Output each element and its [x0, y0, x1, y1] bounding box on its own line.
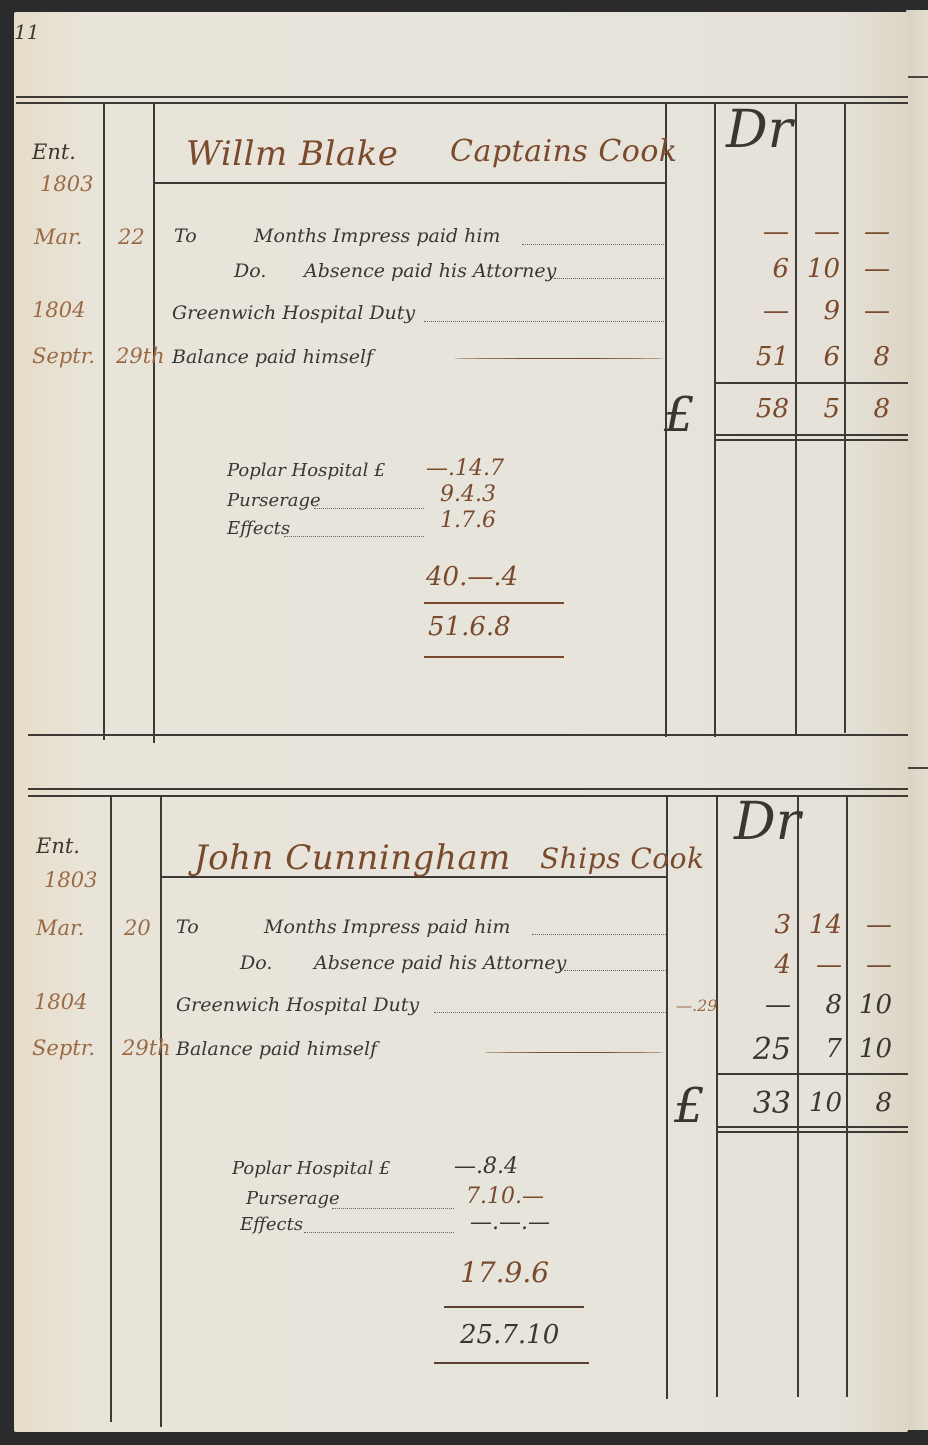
total-rule: [714, 439, 908, 441]
leader-dots: [532, 934, 666, 935]
rule: [907, 76, 928, 78]
deduction-label: Purserage: [227, 490, 321, 511]
deduction-label: Poplar Hospital £: [232, 1158, 391, 1179]
total-shillings: 10: [804, 1088, 842, 1118]
pound-sign: £: [674, 1078, 705, 1134]
amount-shillings: 8: [804, 990, 842, 1020]
debit-header: Dr: [726, 100, 793, 160]
entry-month: Mar.: [36, 916, 84, 940]
amount-shillings: 7: [804, 1034, 842, 1064]
top-double-rule: [28, 788, 908, 790]
entry-description: Greenwich Hospital Duty: [172, 302, 415, 324]
amount-pence: —: [856, 910, 892, 940]
entry-description: Absence paid his Attorney: [304, 260, 556, 282]
leader-dots: [304, 1232, 454, 1233]
folio-number: 11: [14, 20, 39, 44]
entered-label: Ent.: [36, 834, 80, 858]
entry-prefix: Do.: [240, 952, 272, 974]
amount-pence: —: [854, 217, 890, 247]
amount-pence: 10: [856, 1034, 892, 1064]
deductions-total: 25.7.10: [460, 1320, 559, 1350]
deductions-subtotal: 40.—.4: [426, 562, 518, 592]
deduction-label: Effects: [227, 518, 290, 539]
amount-pounds: 6: [744, 254, 789, 284]
deduction-value: 9.4.3: [440, 482, 496, 507]
total-pounds: 58: [742, 394, 789, 424]
leader-dots: [424, 321, 664, 322]
amount-shillings: 10: [804, 254, 840, 284]
total-pence: 8: [854, 394, 890, 424]
amount-pounds: 25: [742, 1032, 791, 1067]
bottom-rule: [28, 734, 908, 736]
amount-pounds: —: [744, 296, 789, 326]
entry-prefix: To: [174, 225, 197, 247]
entry-day: 20: [124, 916, 151, 940]
entry-month: Septr.: [32, 344, 95, 368]
amount-pounds: 3: [746, 910, 791, 940]
entered-label: Ent.: [32, 140, 76, 164]
header-underline: [154, 182, 665, 184]
entry-description: Months Impress paid him: [264, 916, 510, 938]
debit-label: Dr: [726, 100, 793, 160]
column-divider: [797, 797, 799, 1397]
total-rule: [716, 1131, 908, 1133]
entry-description: Absence paid his Attorney: [314, 952, 566, 974]
amount-shillings: —: [804, 217, 840, 247]
deduction-label: Poplar Hospital £: [227, 460, 386, 481]
account-rank: Captains Cook: [450, 134, 678, 169]
column-divider: [716, 797, 718, 1397]
column-divider: [844, 103, 846, 733]
side-note: —.29: [676, 996, 717, 1015]
entry-day: 29th: [122, 1036, 171, 1060]
column-divider: [110, 797, 112, 1422]
entry-month: Mar.: [34, 225, 82, 249]
column-divider: [160, 797, 162, 1427]
sum-rule: [424, 602, 564, 604]
entry-year: 1804: [32, 298, 85, 322]
deduction-label: Effects: [240, 1214, 303, 1235]
subtotal-rule: [714, 382, 908, 384]
pen-flourish: [454, 358, 664, 359]
sum-rule: [434, 1362, 589, 1364]
debit-header: Dr: [734, 792, 801, 852]
amount-pence: —: [854, 296, 890, 326]
entry-description: Greenwich Hospital Duty: [176, 994, 419, 1016]
amount-pence: —: [856, 950, 892, 980]
entry-prefix: Do.: [234, 260, 266, 282]
account-name: John Cunningham: [194, 838, 511, 878]
entry-description: Balance paid himself: [176, 1038, 377, 1060]
leader-dots: [284, 536, 424, 537]
amount-shillings: —: [804, 950, 842, 980]
entry-day: 29th: [116, 344, 165, 368]
top-double-rule: [16, 96, 908, 98]
column-divider: [153, 103, 155, 743]
leader-dots: [314, 508, 424, 509]
entry-prefix: To: [176, 916, 199, 938]
column-divider: [846, 797, 848, 1397]
adjacent-page-edge: [906, 10, 928, 1430]
deductions-subtotal: 17.9.6: [460, 1256, 549, 1289]
pen-flourish: [484, 1052, 664, 1053]
entry-month: Septr.: [32, 1036, 95, 1060]
leader-dots: [332, 1208, 454, 1209]
total-rule: [714, 434, 908, 436]
deduction-value: —.8.4: [454, 1154, 518, 1179]
total-shillings: 5: [804, 394, 840, 424]
leader-dots: [434, 1012, 666, 1013]
amount-shillings: 6: [804, 342, 840, 372]
entry-year: 1803: [40, 172, 93, 196]
amount-pounds: —: [744, 217, 789, 247]
rule: [907, 767, 928, 769]
leader-dots: [564, 970, 666, 971]
debit-label: Dr: [734, 792, 801, 852]
deduction-value: —.—.—: [470, 1210, 550, 1235]
entry-year: 1804: [34, 990, 87, 1014]
pound-sign: £: [664, 387, 695, 443]
entry-day: 22: [118, 225, 145, 249]
amount-pounds: 51: [742, 342, 789, 372]
amount-pence: 8: [854, 342, 890, 372]
leader-dots: [554, 278, 664, 279]
amount-pence: 10: [856, 990, 892, 1020]
deduction-label: Purserage: [246, 1188, 340, 1209]
amount-pence: —: [854, 254, 890, 284]
ledger-page: 11 Ent. 1803 Willm Blake Captains Cook D…: [14, 12, 908, 1432]
column-divider: [795, 103, 797, 735]
amount-shillings: 14: [804, 910, 842, 940]
entry-description: Balance paid himself: [172, 346, 373, 368]
total-pounds: 33: [742, 1086, 791, 1121]
deduction-value: 1.7.6: [440, 508, 496, 533]
sum-rule: [424, 656, 564, 658]
sum-rule: [444, 1306, 584, 1308]
total-pence: 8: [856, 1088, 892, 1118]
account-name: Willm Blake: [186, 134, 398, 174]
entry-year: 1803: [44, 868, 97, 892]
column-divider: [103, 103, 105, 740]
column-divider: [714, 103, 716, 737]
total-rule: [716, 1126, 908, 1128]
subtotal-rule: [716, 1073, 908, 1075]
amount-shillings: 9: [804, 296, 840, 326]
amount-pounds: —: [746, 990, 791, 1020]
deduction-value: 7.10.—: [466, 1184, 544, 1209]
leader-dots: [522, 244, 664, 245]
entry-description: Months Impress paid him: [254, 225, 500, 247]
amount-pounds: 4: [746, 950, 791, 980]
column-divider: [666, 797, 668, 1399]
deductions-total: 51.6.8: [428, 612, 511, 642]
account-rank: Ships Cook: [540, 842, 704, 875]
deduction-value: —.14.7: [426, 456, 504, 481]
